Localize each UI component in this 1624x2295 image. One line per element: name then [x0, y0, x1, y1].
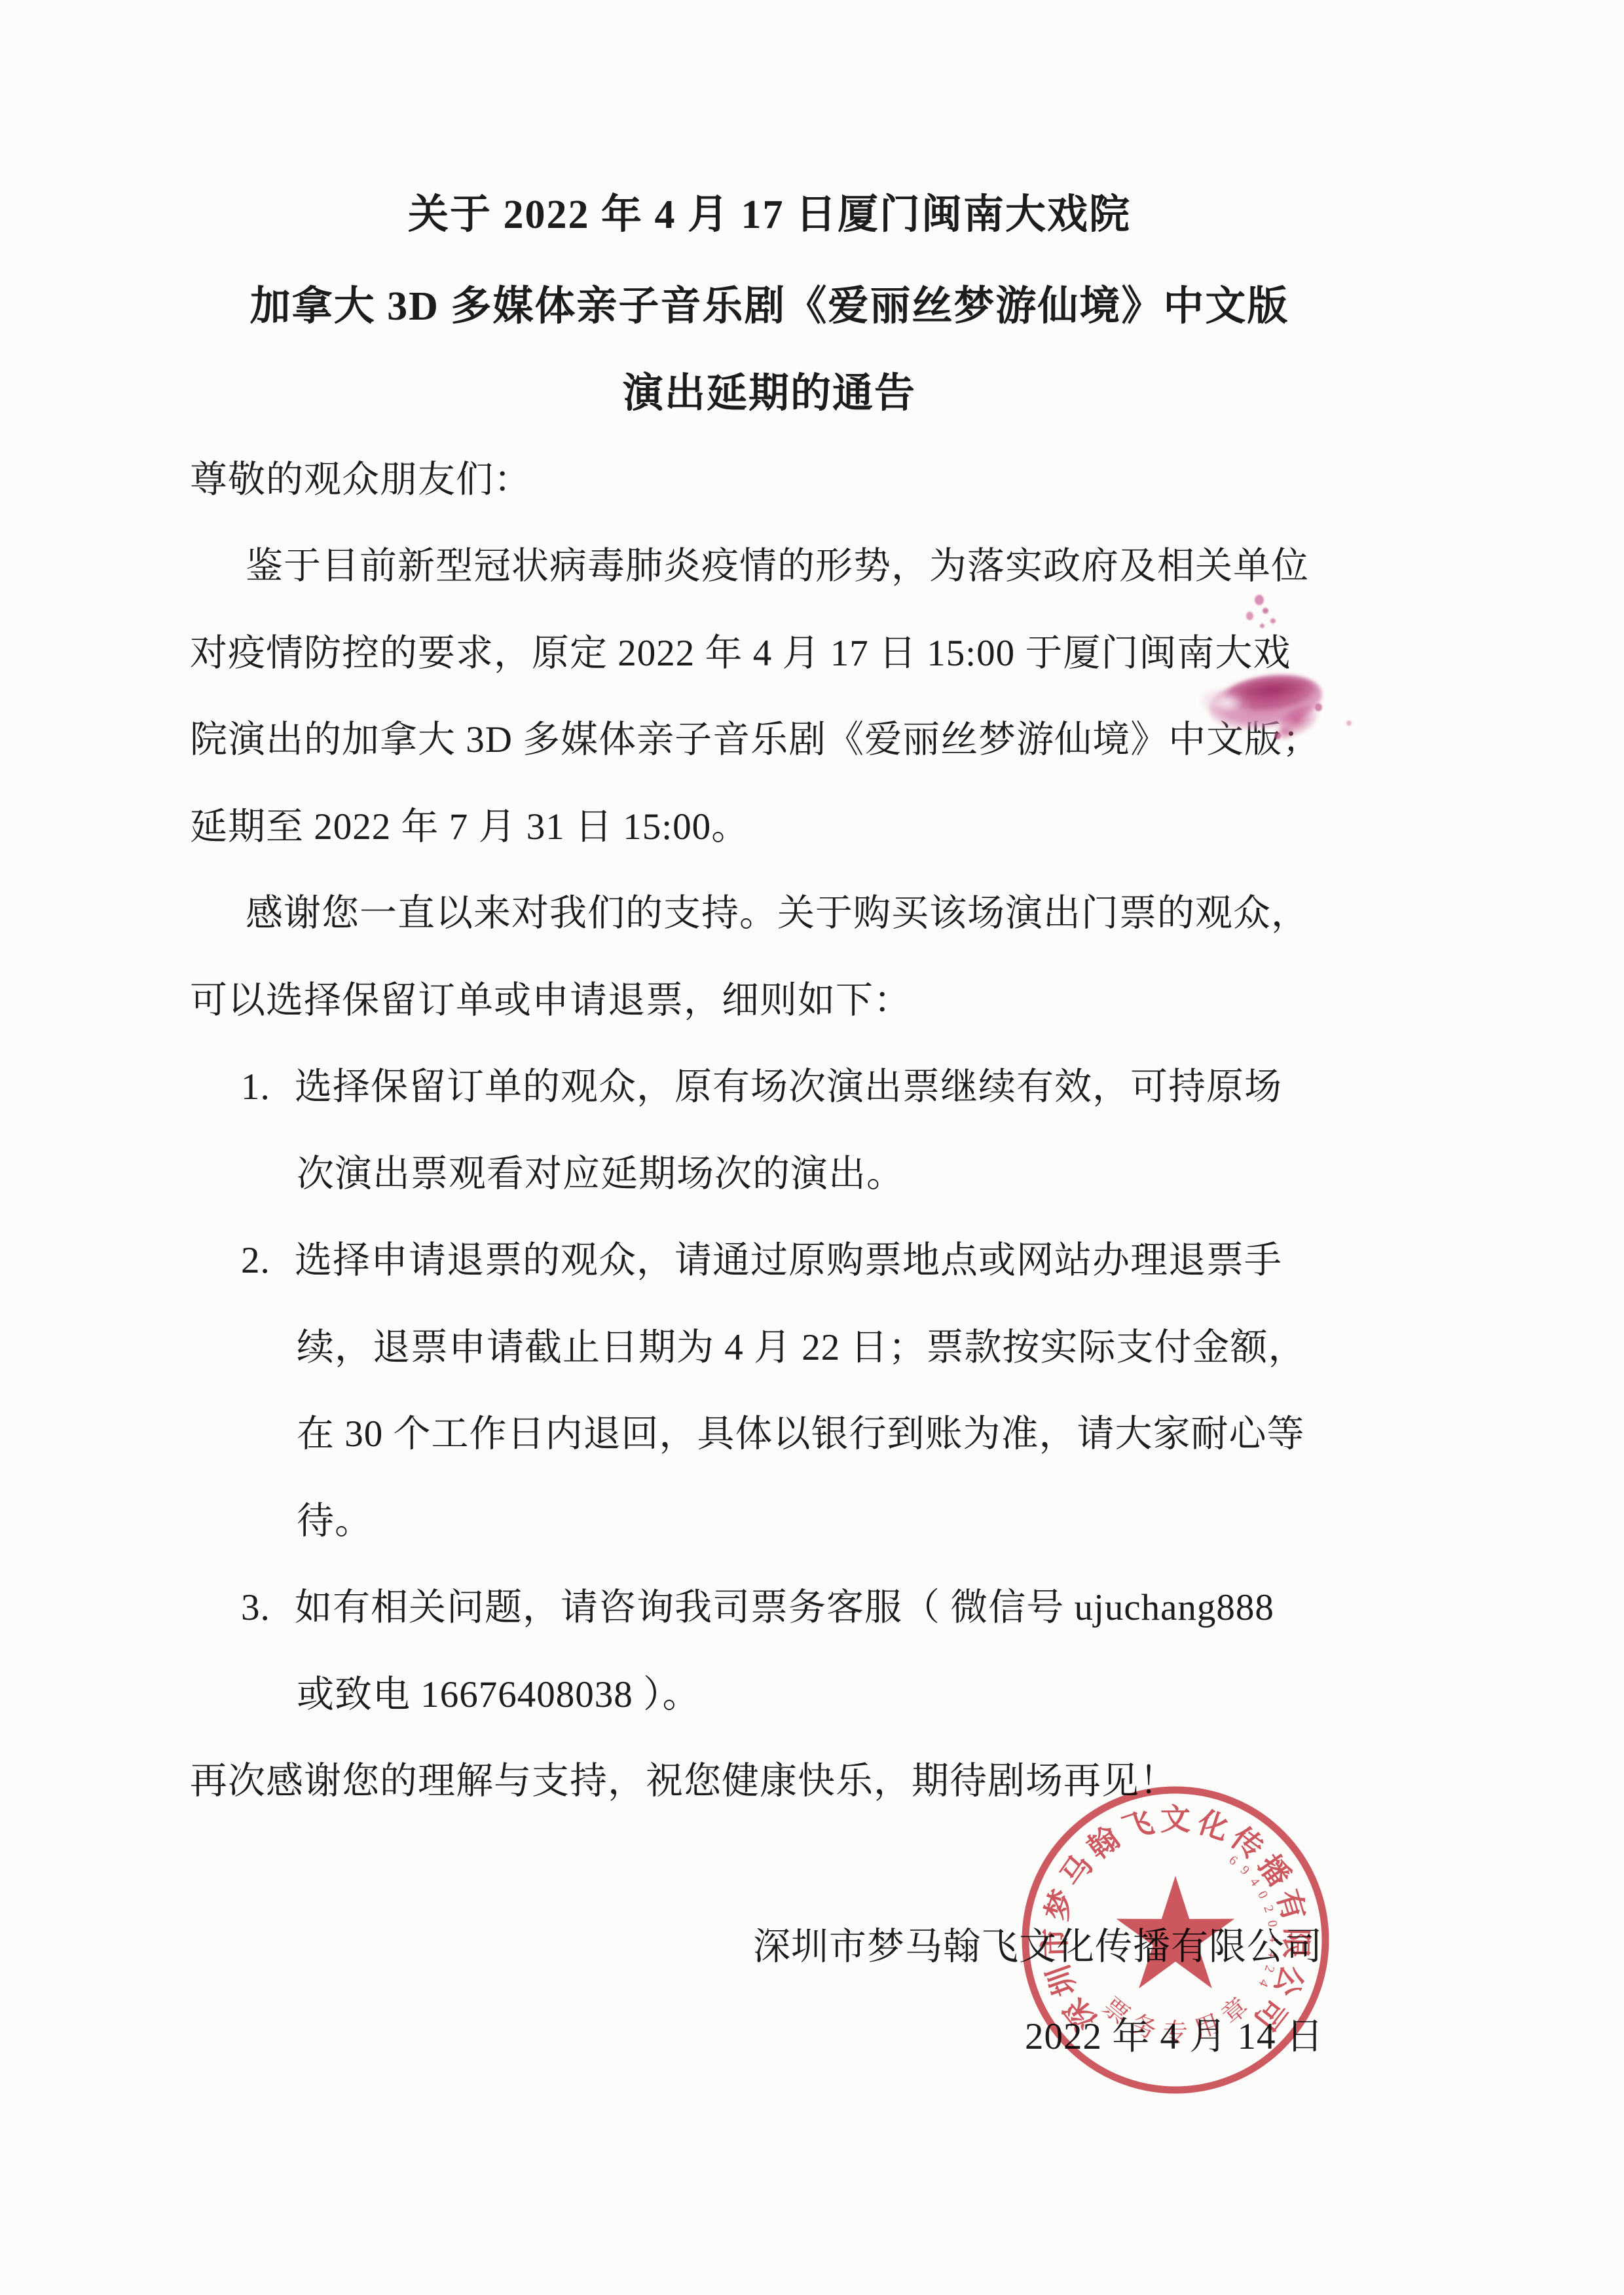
- seal-text-char: 市: [1038, 1928, 1072, 1958]
- seal-text-char: 司: [1248, 1992, 1293, 2036]
- list-item-line: 3.如有相关问题，请咨询我司票务客服（ 微信号 ujuchang888: [241, 1565, 1274, 1651]
- list-item-line: 1.选择保留订单的观众，原有场次演出票继续有效，可持原场: [241, 1044, 1282, 1130]
- seal-text-char: 2: [1261, 1903, 1276, 1914]
- ink-speck: [1346, 720, 1352, 726]
- notice-title-line-1: 关于 2022 年 4 月 17 日厦门闽南大戏院: [190, 172, 1349, 258]
- salutation: 尊敬的观众朋友们：: [190, 437, 532, 523]
- seal-text-char: 票: [1098, 1992, 1134, 2030]
- list-item-line: 在 30 个工作日内退回，具体以银行到账为准，请大家耐心等: [297, 1391, 1305, 1478]
- list-item-text: 如有相关问题，请咨询我司票务客服（ 微信号 ujuchang888: [295, 1587, 1274, 1628]
- list-item-line: 或致电 16676408038 ）。: [297, 1652, 701, 1738]
- seal-text-char: 4: [1256, 1977, 1272, 1989]
- list-item-text: 选择申请退票的观众，请通过原购票地点或网站办理退票手: [295, 1240, 1282, 1281]
- paragraph-line: 感谢您一直以来对我们的支持。关于购买该场演出门票的观众，: [246, 870, 1309, 957]
- notice-title-line-3: 演出延期的通告: [190, 350, 1349, 437]
- list-item-line: 次演出票观看对应延期场次的演出。: [297, 1131, 904, 1218]
- list-item-line: 待。: [297, 1478, 373, 1565]
- seal-text-char: 化: [1193, 1805, 1233, 1846]
- notice-title-line-2: 加拿大 3D 多媒体亲子音乐剧《爱丽丝梦游仙境》中文版: [190, 263, 1349, 350]
- list-item-text: 选择保留订单的观众，原有场次演出票继续有效，可持原场: [295, 1066, 1282, 1108]
- seal-text-char: 圳: [1041, 1961, 1083, 2000]
- paragraph-line: 可以选择保留订单或申请退票，细则如下：: [190, 958, 912, 1044]
- list-item-number: 2.: [241, 1218, 295, 1304]
- paragraph-line: 院演出的加拿大 3D 多媒体亲子音乐剧《爱丽丝梦游仙境》中文版；: [190, 697, 1320, 783]
- seal-text-char: 限: [1279, 1928, 1313, 1958]
- list-item-number: 3.: [241, 1565, 295, 1651]
- seal-text-char: 翰: [1082, 1821, 1126, 1865]
- seal-text-char: 2: [1261, 1964, 1277, 1974]
- seal-text-char: 专: [1163, 2019, 1188, 2047]
- seal-text-char: 4: [1247, 1875, 1263, 1889]
- seal-star-icon: [1116, 1876, 1235, 1988]
- seal-text-char: 马: [1054, 1849, 1099, 1893]
- seal-text-char: 6: [1227, 1853, 1240, 1869]
- seal-text-char: 务: [1127, 2010, 1160, 2044]
- seal-text-char: 梦: [1040, 1886, 1080, 1924]
- seal-text-char: 播: [1251, 1849, 1296, 1893]
- seal-text-char: 文: [1160, 1803, 1190, 1837]
- seal-text-char: 9: [1238, 1863, 1253, 1878]
- seal-text-char: 0: [1255, 1889, 1270, 1901]
- paragraph-line: 鉴于目前新型冠状病毒肺炎疫情的形势，为落实政府及相关单位: [246, 523, 1309, 610]
- seal-text-char: 有: [1270, 1886, 1311, 1924]
- seal-text-char: 0: [1264, 1919, 1280, 1928]
- company-seal: 深圳市梦马翰飞文化传播有限公司6940204424票务专用章: [1012, 1776, 1339, 2104]
- seal-text-char: 章: [1217, 1992, 1253, 2030]
- paragraph-line: 对疫情防控的要求，原定 2022 年 4 月 17 日 15:00 于厦门闽南大…: [190, 610, 1291, 697]
- seal-text-char: 4: [1266, 1935, 1281, 1942]
- list-item-line: 2.选择申请退票的观众，请通过原购票地点或网站办理退票手: [241, 1218, 1282, 1304]
- seal-text-char: 深: [1058, 1992, 1103, 2036]
- paragraph-line: 延期至 2022 年 7 月 31 日 15:00。: [190, 784, 749, 870]
- scanned-notice-page: 关于 2022 年 4 月 17 日厦门闽南大戏院 加拿大 3D 多媒体亲子音乐…: [0, 0, 1624, 2295]
- seal-text-char: 4: [1265, 1950, 1280, 1958]
- seal-text-char: 飞: [1118, 1805, 1157, 1846]
- seal-text-char: 用: [1191, 2010, 1224, 2044]
- list-item-number: 1.: [241, 1044, 295, 1130]
- list-item-line: 续，退票申请截止日期为 4 月 22 日；票款按实际支付金额，: [297, 1305, 1306, 1391]
